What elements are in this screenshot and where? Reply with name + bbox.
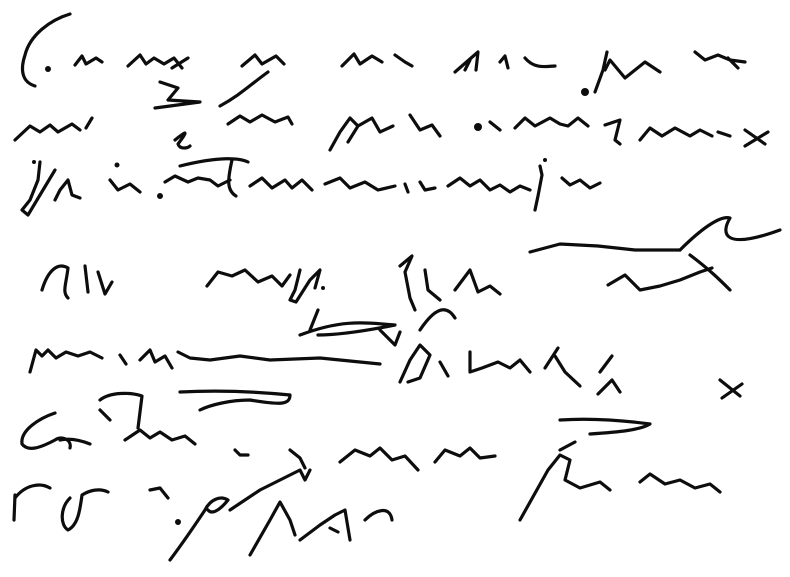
line-3-strokes — [22, 158, 600, 215]
manuscript-page: С. ккх кн іне рбс ре ча маї г то риче оі… — [0, 0, 790, 577]
line-1-strokes — [22, 14, 745, 106]
line-7-strokes — [14, 470, 392, 560]
line-2-strokes — [15, 82, 768, 150]
line-4-strokes — [42, 218, 780, 335]
handwriting-strokes — [0, 0, 790, 577]
line-6-strokes — [22, 391, 720, 520]
